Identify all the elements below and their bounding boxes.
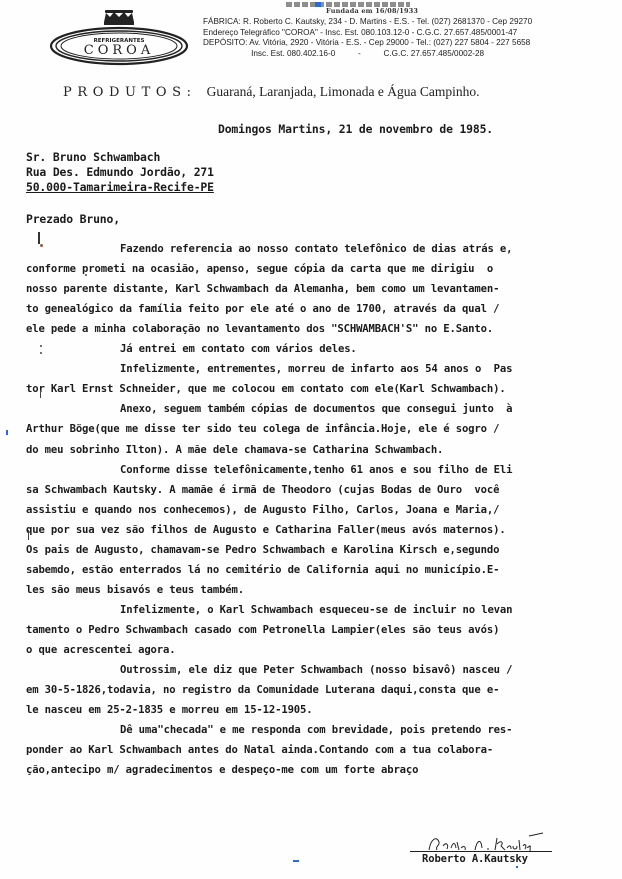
margin-mark bbox=[40, 345, 42, 347]
coroa-logo: REFRIGERANTES COROA bbox=[48, 8, 190, 66]
letter-body-line: o que acrescentei agora. bbox=[26, 644, 175, 656]
date-line: Domingos Martins, 21 de novembro de 1985… bbox=[218, 122, 493, 136]
letter-body-line: nosso parente distante, Karl Schwambach … bbox=[26, 283, 499, 295]
address-line: FÁBRICA: R. Roberto C. Kautsky, 234 - D.… bbox=[203, 17, 532, 26]
letter-body-line: Infelizmente, o Karl Schwambach esqueceu… bbox=[120, 604, 512, 616]
letter-body-line: Os pais de Augusto, chamavam-se Pedro Sc… bbox=[26, 544, 499, 556]
products-label: PRODUTOS: bbox=[63, 85, 197, 100]
address-line: Endereço Telegráfico "COROA" - Insc. Est… bbox=[203, 28, 517, 37]
address-line: DEPÓSITO: Av. Vitória, 2920 - Vitória - … bbox=[203, 38, 530, 47]
margin-mark bbox=[40, 244, 43, 247]
address-line: Insc. Est. 080.402.16-0 - C.G.C. 27.657.… bbox=[203, 49, 532, 60]
letter-body-line: do meu sobrinho Ilton). A mãe dele chama… bbox=[26, 444, 443, 456]
svg-text:COROA: COROA bbox=[84, 43, 154, 58]
founded-date: Fundada em 16/08/1933 bbox=[326, 7, 418, 15]
letter-body-line: ção,antecipo m/ agradecimentos e despeço… bbox=[26, 764, 418, 776]
margin-mark bbox=[85, 274, 87, 276]
letter-body-line: Outrossim, ele diz que Peter Schwambach … bbox=[120, 664, 512, 676]
letter-body-line: Já entrei em contato com vários deles. bbox=[120, 343, 357, 355]
margin-mark bbox=[40, 390, 41, 398]
letter-body-line: assistiu e quando nos conhecemos), de Au… bbox=[26, 504, 499, 516]
letter-body-line: ponder ao Karl Schwambach antes do Natal… bbox=[26, 744, 493, 756]
products-list: Guaraná, Laranjada, Limonada e Água Camp… bbox=[207, 84, 480, 99]
scan-mark bbox=[293, 860, 299, 862]
letter-body-line: conforme prometi na ocasião, apenso, seg… bbox=[26, 263, 493, 275]
letter-body-line: tamento o Pedro Schwambach casado com Pe… bbox=[26, 624, 499, 636]
letter-body-line: tor Karl Ernst Schneider, que me colocou… bbox=[26, 383, 506, 395]
recipient-city: 50.000-Tamarimeira-Recife-PE bbox=[26, 180, 214, 194]
scan-mark bbox=[516, 866, 518, 868]
letter-body-line: les são meus bisavós e teus também. bbox=[26, 584, 244, 596]
letter-body-line: le nasceu em 25-2-1835 e morreu em 15-12… bbox=[26, 704, 313, 716]
letter-body-line: Fazendo referencia ao nosso contato tele… bbox=[120, 243, 512, 255]
company-address-block: FÁBRICA: R. Roberto C. Kautsky, 234 - D.… bbox=[203, 17, 532, 59]
letter-body-line: sa Schwambach Kautsky. A mamãe é irmã de… bbox=[26, 484, 499, 496]
letter-body-line: Anexo, seguem também cópias de documento… bbox=[120, 403, 512, 415]
scan-mark bbox=[6, 430, 8, 435]
margin-mark bbox=[28, 530, 29, 540]
letter-body-line: Arthur Böge(que me disse ter sido teu co… bbox=[26, 423, 499, 435]
letter-body-line: em 30-5-1826,todavia, no registro da Com… bbox=[26, 684, 499, 696]
margin-mark bbox=[40, 352, 42, 354]
letter-body-line: que por sua vez são filhos de Augusto e … bbox=[26, 524, 506, 536]
signature-line bbox=[410, 851, 552, 852]
salutation: Prezado Bruno, bbox=[26, 212, 120, 226]
recipient-name: Sr. Bruno Schwambach bbox=[26, 150, 160, 164]
recipient-street: Rua Des. Edmundo Jordão, 271 bbox=[26, 165, 214, 179]
letter-page: REFRIGERANTES COROA Fundada em 16/08/193… bbox=[0, 0, 622, 879]
margin-mark bbox=[38, 232, 40, 244]
letter-body-line: ele pede a minha colaboração no levantam… bbox=[26, 323, 493, 335]
scan-mark bbox=[315, 2, 321, 7]
letter-body-line: Conforme disse telefônicamente,tenho 61 … bbox=[120, 464, 512, 476]
letter-body-line: sabemdo, estão enterrados lá no cemitéri… bbox=[26, 564, 499, 576]
letter-body-line: Dê uma"checada" e me responda com brevid… bbox=[120, 724, 512, 736]
letter-body-line: to genealógico da família feito por ele … bbox=[26, 303, 499, 315]
products-line: PRODUTOS:Guaraná, Laranjada, Limonada e … bbox=[63, 84, 480, 100]
signature-name: Roberto A.Kautsky bbox=[422, 853, 528, 865]
letter-body-line: Infelizmente, entrementes, morreu de inf… bbox=[120, 363, 512, 375]
